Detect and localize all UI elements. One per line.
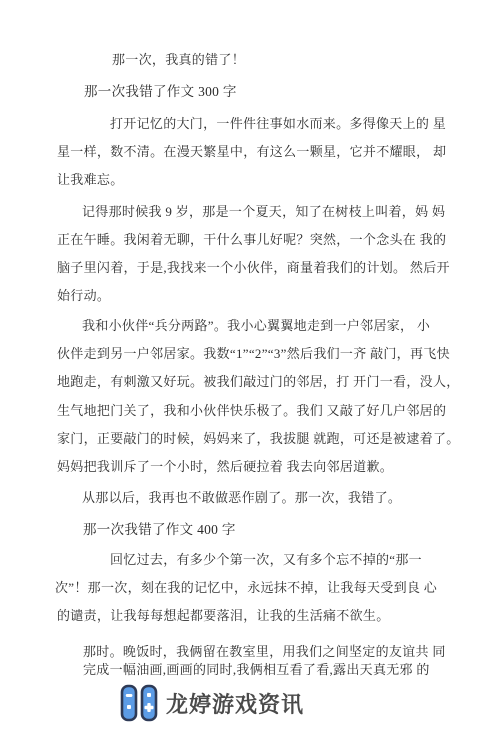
watermark-footer: 龙婷游戏资讯 — [119, 684, 304, 722]
text-line: 家门，正要敲门的时候，妈妈来了，我拔腿 就跑，可还是被逮着了。 — [57, 431, 460, 447]
text-line: 伙伴走到另一户邻居家。我数“1”“2”“3”然后我们一齐 敲门，再飞快 — [57, 346, 450, 362]
text-line: 始行动。 — [57, 288, 110, 304]
text-line: 生气地把门关了，我和小伙伴快乐极了。我们 又敲了好几户邻居的 — [57, 403, 446, 419]
text-line: 让我难忘。 — [57, 172, 124, 188]
switch-gamepad-icon — [119, 684, 159, 722]
text-line: 星一样，数不清。在漫天繁星中，有这么一颗星，它并不耀眼， 却 — [57, 144, 446, 160]
essay-page: 那一次，我真的错了！ 那一次我错了作文 300 字 打开记忆的大门，一件件往事如… — [0, 0, 500, 739]
text-line: 完成一幅油画,画画的同时,我俩相互看了看,露出天真无邪 的 — [83, 662, 430, 678]
text-line: 从那以后，我再也不敢做恶作剧了。那一次，我错了。 — [82, 490, 401, 506]
text-line: 脑子里闪着，于是,我找来一个小伙伴，商量着我们的计划。 然后开 — [57, 260, 450, 276]
text-line: 那时。晚饭时，我俩留在教室里，用我们之间坚定的友谊共 同 — [83, 644, 446, 660]
text-line: 正在午睡。我闲着无聊，干什么事儿好呢？突然，一个念头在 我的 — [57, 232, 446, 248]
essay-title: 那一次，我真的错了！ — [112, 52, 245, 68]
text-line: 记得那时候我 9 岁，那是一个夏天，知了在树枝上叫着，妈 妈 — [82, 204, 445, 220]
section-heading-400: 那一次我错了作文 400 字 — [83, 522, 236, 538]
text-line: 的谴责，让我每每想起都要落泪，让我的生活痛不欲生。 — [57, 608, 390, 624]
watermark-brand-text: 龙婷游戏资讯 — [166, 688, 304, 719]
text-line: 妈妈把我训斥了一个小时，然后硬拉着 我去向邻居道歉。 — [57, 459, 393, 475]
text-line: 打开记忆的大门，一件件往事如水而来。多得像天上的 星 — [110, 116, 446, 132]
section-heading-300: 那一次我错了作文 300 字 — [84, 84, 237, 100]
text-line: 我和小伙伴“兵分两路”。我小心翼翼地走到一户邻居家， 小 — [82, 318, 430, 334]
text-line: 次”！那一次，刻在我的记忆中，永远抹不掉，让我每天受到良 心 — [55, 580, 437, 596]
text-line: 回忆过去，有多少个第一次，又有多个忘不掉的“那一 — [110, 552, 422, 568]
text-line: 地跑走，有刺激又好玩。被我们敲过门的邻居，打 开门一看，没人， — [57, 374, 460, 390]
